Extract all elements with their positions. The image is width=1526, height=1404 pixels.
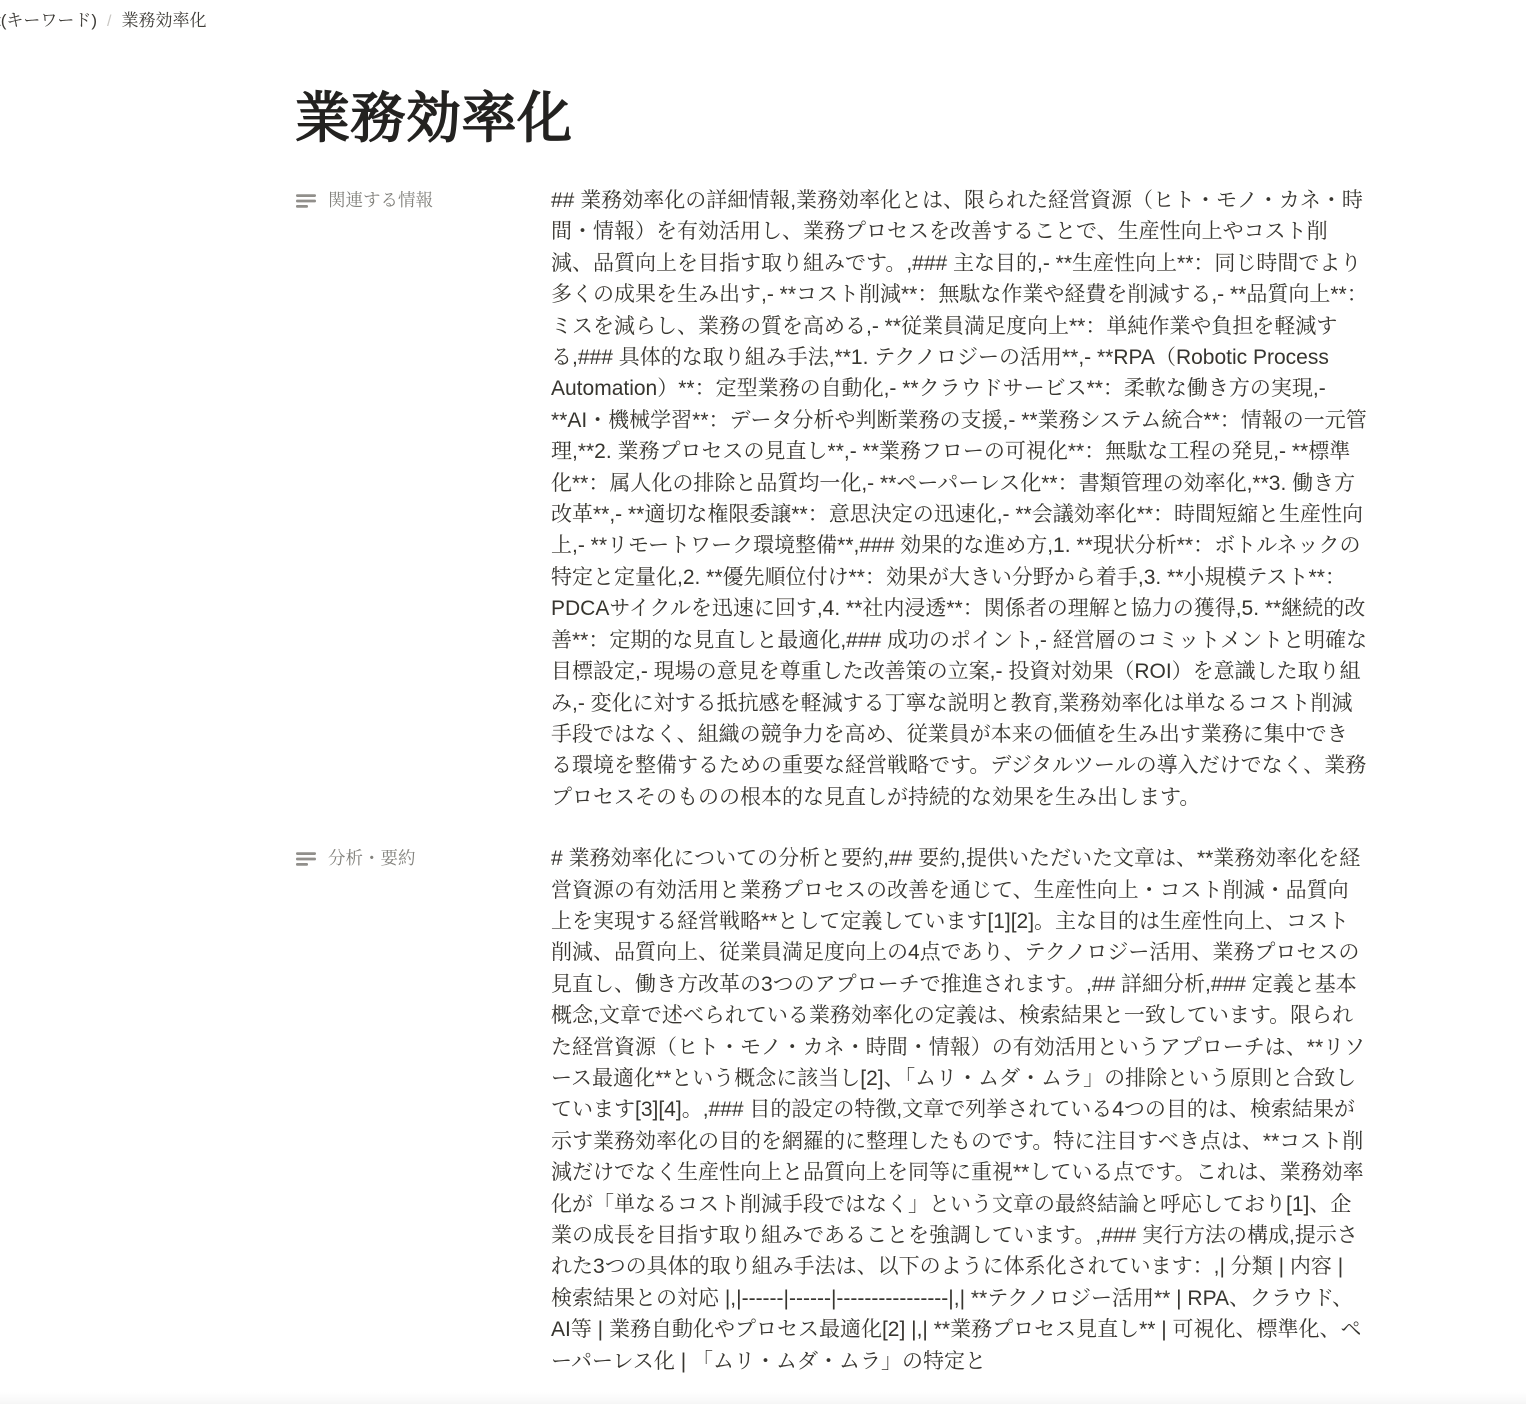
property-value-related-info[interactable]: ## 業務効率化の詳細情報,業務効率化とは、限られた経営資源（ヒト・モノ・カネ・… (551, 185, 1368, 813)
page-content: 業務効率化 関連する情報 ## 業務効率化の詳細情報,業務効率化とは、限られた経… (295, 84, 1380, 1404)
property-row-analysis-summary: 分析・要約 # 業務効率化についての分析と要約,## 要約,提供いただいた文章は… (295, 843, 1380, 1377)
breadcrumb-separator-icon: / (107, 10, 111, 34)
text-property-icon (295, 190, 317, 212)
property-label-analysis-summary[interactable]: 分析・要約 (295, 843, 551, 870)
breadcrumb-current[interactable]: 業務効率化 (122, 9, 207, 33)
page-title[interactable]: 業務効率化 (295, 84, 1380, 152)
topbar: t(キーワード) / 業務効率化 (0, 0, 1526, 44)
property-row-related-info: 関連する情報 ## 業務効率化の詳細情報,業務効率化とは、限られた経営資源（ヒト… (295, 185, 1380, 813)
property-label-text: 関連する情報 (328, 189, 433, 212)
property-label-text: 分析・要約 (328, 847, 416, 870)
property-label-related-info[interactable]: 関連する情報 (295, 185, 551, 212)
text-property-icon (295, 848, 317, 870)
breadcrumb-parent[interactable]: t(キーワード) (0, 9, 97, 33)
breadcrumb: t(キーワード) / 業務効率化 (0, 9, 207, 34)
property-value-analysis-summary[interactable]: # 業務効率化についての分析と要約,## 要約,提供いただいた文章は、**業務効… (551, 843, 1368, 1377)
